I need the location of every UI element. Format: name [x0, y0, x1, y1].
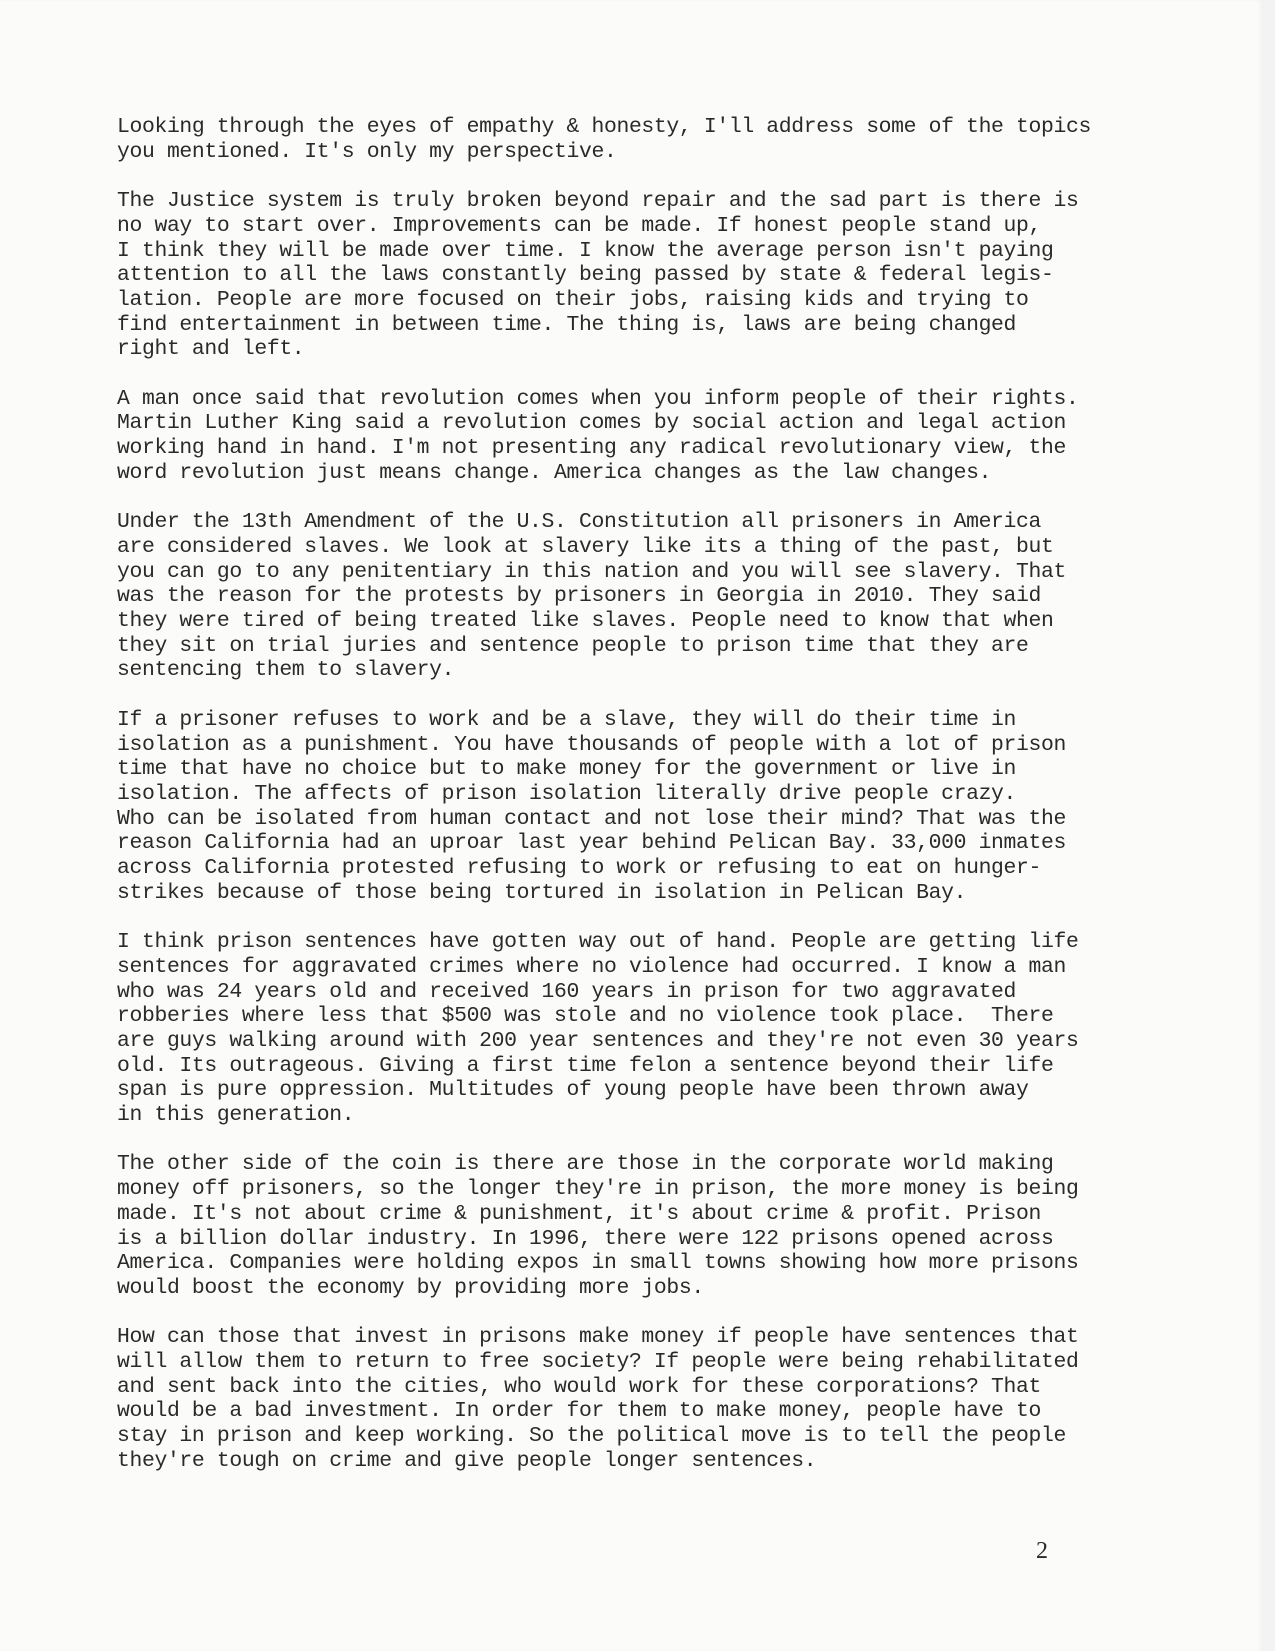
text-line: word revolution just means change. Ameri… [117, 461, 1077, 486]
text-line: no way to start over. Improvements can b… [117, 214, 1077, 239]
text-line: isolation. The affects of prison isolati… [117, 782, 1077, 807]
text-line: in this generation. [117, 1103, 1077, 1128]
text-line: How can those that invest in prisons mak… [117, 1325, 1077, 1350]
text-line: sentences for aggravated crimes where no… [117, 955, 1077, 980]
text-line: If a prisoner refuses to work and be a s… [117, 708, 1077, 733]
text-line: is a billion dollar industry. In 1996, t… [117, 1227, 1077, 1252]
text-line: strikes because of those being tortured … [117, 881, 1077, 906]
text-line: attention to all the laws constantly bei… [117, 263, 1077, 288]
text-line: Looking through the eyes of empathy & ho… [117, 115, 1077, 140]
text-line: The Justice system is truly broken beyon… [117, 189, 1077, 214]
text-line: they're tough on crime and give people l… [117, 1449, 1077, 1474]
text-line: The other side of the coin is there are … [117, 1152, 1077, 1177]
text-line: you mentioned. It's only my perspective. [117, 140, 1077, 165]
paragraph-revolution: A man once said that revolution comes wh… [117, 387, 1077, 486]
text-line: A man once said that revolution comes wh… [117, 387, 1077, 412]
text-line: are guys walking around with 200 year se… [117, 1029, 1077, 1054]
paragraph-isolation: If a prisoner refuses to work and be a s… [117, 708, 1077, 906]
text-line: would boost the economy by providing mor… [117, 1276, 1077, 1301]
text-line: you can go to any penitentiary in this n… [117, 560, 1077, 585]
paragraph-intro: Looking through the eyes of empathy & ho… [117, 115, 1077, 164]
text-line: money off prisoners, so the longer they'… [117, 1177, 1077, 1202]
letter-body: Looking through the eyes of empathy & ho… [117, 115, 1077, 1498]
text-line: was the reason for the protests by priso… [117, 584, 1077, 609]
text-line: made. It's not about crime & punishment,… [117, 1202, 1077, 1227]
text-line: find entertainment in between time. The … [117, 313, 1077, 338]
text-line: they sit on trial juries and sentence pe… [117, 634, 1077, 659]
text-line: working hand in hand. I'm not presenting… [117, 436, 1077, 461]
text-line: lation. People are more focused on their… [117, 288, 1077, 313]
text-line: across California protested refusing to … [117, 856, 1077, 881]
text-line: will allow them to return to free societ… [117, 1350, 1077, 1375]
text-line: America. Companies were holding expos in… [117, 1251, 1077, 1276]
text-line: Who can be isolated from human contact a… [117, 807, 1077, 832]
text-line: I think prison sentences have gotten way… [117, 930, 1077, 955]
text-line: are considered slaves. We look at slaver… [117, 535, 1077, 560]
document-page: Looking through the eyes of empathy & ho… [0, 0, 1262, 1651]
text-line: isolation as a punishment. You have thou… [117, 733, 1077, 758]
text-line: right and left. [117, 337, 1077, 362]
text-line: they were tired of being treated like sl… [117, 609, 1077, 634]
paragraph-justice-system: The Justice system is truly broken beyon… [117, 189, 1077, 362]
paragraph-13th-amendment: Under the 13th Amendment of the U.S. Con… [117, 510, 1077, 683]
page-number: 2 [1036, 1538, 1048, 1565]
text-line: Martin Luther King said a revolution com… [117, 411, 1077, 436]
text-line: sentencing them to slavery. [117, 658, 1077, 683]
paragraph-sentences: I think prison sentences have gotten way… [117, 930, 1077, 1128]
paragraph-corporate-profit: The other side of the coin is there are … [117, 1152, 1077, 1300]
text-line: I think they will be made over time. I k… [117, 239, 1077, 264]
text-line: reason California had an uproar last yea… [117, 831, 1077, 856]
paragraph-investment: How can those that invest in prisons mak… [117, 1325, 1077, 1473]
text-line: old. Its outrageous. Giving a first time… [117, 1054, 1077, 1079]
text-line: who was 24 years old and received 160 ye… [117, 980, 1077, 1005]
text-line: robberies where less that $500 was stole… [117, 1004, 1077, 1029]
text-line: time that have no choice but to make mon… [117, 757, 1077, 782]
text-line: would be a bad investment. In order for … [117, 1399, 1077, 1424]
text-line: stay in prison and keep working. So the … [117, 1424, 1077, 1449]
text-line: span is pure oppression. Multitudes of y… [117, 1078, 1077, 1103]
text-line: Under the 13th Amendment of the U.S. Con… [117, 510, 1077, 535]
text-line: and sent back into the cities, who would… [117, 1375, 1077, 1400]
